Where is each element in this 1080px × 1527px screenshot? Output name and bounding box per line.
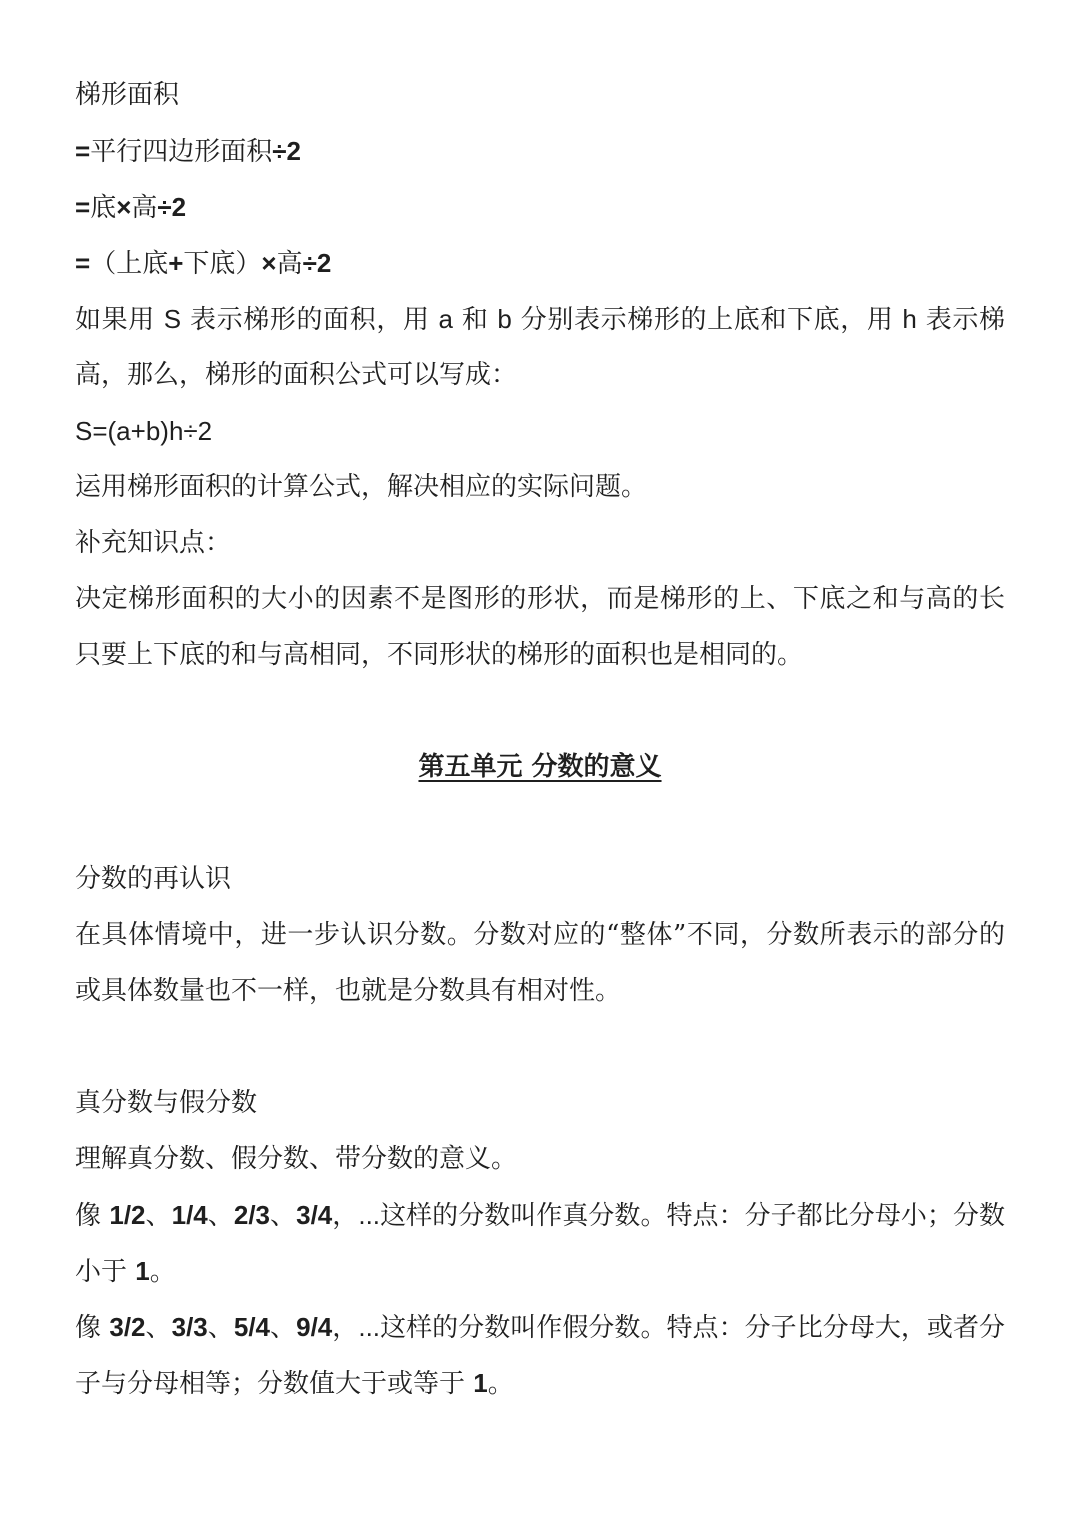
text-line: 补充知识点：: [75, 515, 1005, 571]
text-line: =平行四边形面积÷2: [75, 123, 1005, 179]
cjk-run: 、: [270, 1313, 296, 1343]
cjk-run: 小于: [75, 1257, 135, 1287]
cjk-run: ，: [332, 1201, 358, 1231]
text-line: 决定梯形面积的大小的因素不是图形的形状，而是梯形的上、下底之和与高的长度，: [75, 571, 1005, 627]
latin-run: ...: [358, 1200, 380, 1230]
latin-run: h: [902, 304, 916, 334]
latin-run: =: [75, 248, 90, 278]
text-line: 像 3/2、3/3、5/4、9/4，...这样的分数叫作假分数。特点：分子比分母…: [75, 1299, 1005, 1355]
cjk-run: 真分数与假分数: [75, 1088, 257, 1118]
latin-run: 1/4: [172, 1200, 208, 1230]
cjk-run: 、: [208, 1313, 234, 1343]
latin-run: S: [164, 304, 181, 334]
section-heading: 第五单元 分数的意义: [75, 739, 1005, 795]
latin-run: +: [168, 248, 183, 278]
text-line: 在具体情境中，进一步认识分数。分数对应的“整体”不同，分数所表示的部分的大小: [75, 907, 1005, 963]
text-line: 小于 1。: [75, 1243, 1005, 1299]
blank-line: [75, 683, 1005, 739]
cjk-run: 。: [488, 1369, 514, 1399]
cjk-run: 只要上下底的和与高相同，不同形状的梯形的面积也是相同的。: [75, 640, 803, 670]
latin-run: 1: [135, 1256, 149, 1286]
latin-run: =: [75, 136, 90, 166]
cjk-run: 这样的分数叫作假分数。特点：分子比分母大，或者分: [380, 1313, 1005, 1343]
cjk-run: 决定梯形面积的大小的因素不是图形的形状，而是梯形的上、下底之和与高的长度，: [75, 584, 1005, 627]
cjk-run: 在具体情境中，进一步认识分数。分数对应的“整体”不同，分数所表示的部分的大小: [75, 920, 1005, 963]
text-line: =底×高÷2: [75, 179, 1005, 235]
cjk-run: 。: [150, 1257, 176, 1287]
cjk-run: 像: [75, 1313, 109, 1343]
latin-run: 5/4: [234, 1312, 270, 1342]
cjk-run: 高: [277, 249, 303, 279]
latin-run: 1/2: [109, 1200, 145, 1230]
text-line: 理解真分数、假分数、带分数的意义。: [75, 1131, 1005, 1187]
cjk-run: 高，那么，梯形的面积公式可以写成：: [75, 360, 517, 390]
latin-run: 2/3: [234, 1200, 270, 1230]
document-page: 梯形面积=平行四边形面积÷2=底×高÷2=（上底+下底）×高÷2如果用 S 表示…: [75, 67, 1005, 1411]
cjk-run: 运用梯形面积的计算公式，解决相应的实际问题。: [75, 472, 647, 502]
latin-run: 3/2: [109, 1312, 145, 1342]
latin-run: 1: [473, 1368, 487, 1398]
latin-run: 3/4: [296, 1200, 332, 1230]
latin-run: a: [439, 304, 453, 334]
cjk-run: 和: [453, 305, 497, 335]
section-heading-text: 第五单元 分数的意义: [418, 752, 661, 782]
cjk-run: 平行四边形面积: [90, 137, 272, 167]
cjk-run: 子与分母相等；分数值大于或等于: [75, 1369, 473, 1399]
latin-run: 9/4: [296, 1312, 332, 1342]
cjk-run: 、: [208, 1201, 234, 1231]
latin-run: ...: [358, 1312, 380, 1342]
cjk-run: 或具体数量也不一样，也就是分数具有相对性。: [75, 976, 621, 1006]
cjk-run: （上底: [90, 249, 168, 279]
cjk-run: 表示梯形的面积，用: [181, 305, 438, 335]
latin-run: b: [497, 304, 511, 334]
cjk-run: 高: [131, 193, 157, 223]
text-line: 像 1/2、1/4、2/3、3/4，...这样的分数叫作真分数。特点：分子都比分…: [75, 1187, 1005, 1243]
text-line: 或具体数量也不一样，也就是分数具有相对性。: [75, 963, 1005, 1019]
cjk-run: 梯形面积: [75, 80, 179, 110]
cjk-run: 底: [90, 193, 116, 223]
latin-run: ×: [261, 248, 276, 278]
latin-run: =: [75, 192, 90, 222]
text-line: S=(a+b)h÷2: [75, 403, 1005, 459]
text-line: 子与分母相等；分数值大于或等于 1。: [75, 1355, 1005, 1411]
text-line: 分数的再认识: [75, 851, 1005, 907]
latin-run: ÷2: [157, 192, 186, 222]
latin-run: ÷2: [272, 136, 301, 166]
cjk-run: 下底）: [183, 249, 261, 279]
text-line: =（上底+下底）×高÷2: [75, 235, 1005, 291]
blank-line: [75, 1019, 1005, 1075]
cjk-run: 第五单元 分数的意义: [418, 752, 661, 782]
latin-run: ÷2: [303, 248, 332, 278]
cjk-run: ，: [332, 1313, 358, 1343]
cjk-run: 补充知识点：: [75, 528, 231, 558]
latin-run: S=(a+b)h÷2: [75, 416, 212, 446]
cjk-run: 、: [146, 1313, 172, 1343]
cjk-run: 、: [146, 1201, 172, 1231]
text-line: 如果用 S 表示梯形的面积，用 a 和 b 分别表示梯形的上底和下底，用 h 表…: [75, 291, 1005, 347]
cjk-run: 分别表示梯形的上底和下底，用: [512, 305, 903, 335]
latin-run: ×: [116, 192, 131, 222]
text-line: 真分数与假分数: [75, 1075, 1005, 1131]
text-line: 运用梯形面积的计算公式，解决相应的实际问题。: [75, 459, 1005, 515]
text-line: 梯形面积: [75, 67, 1005, 123]
cjk-run: 理解真分数、假分数、带分数的意义。: [75, 1144, 517, 1174]
cjk-run: 分数的再认识: [75, 864, 231, 894]
blank-line: [75, 795, 1005, 851]
cjk-run: 像: [75, 1201, 109, 1231]
latin-run: 3/3: [172, 1312, 208, 1342]
cjk-run: 如果用: [75, 305, 164, 335]
text-line: 只要上下底的和与高相同，不同形状的梯形的面积也是相同的。: [75, 627, 1005, 683]
text-line: 高，那么，梯形的面积公式可以写成：: [75, 347, 1005, 403]
cjk-run: 、: [270, 1201, 296, 1231]
